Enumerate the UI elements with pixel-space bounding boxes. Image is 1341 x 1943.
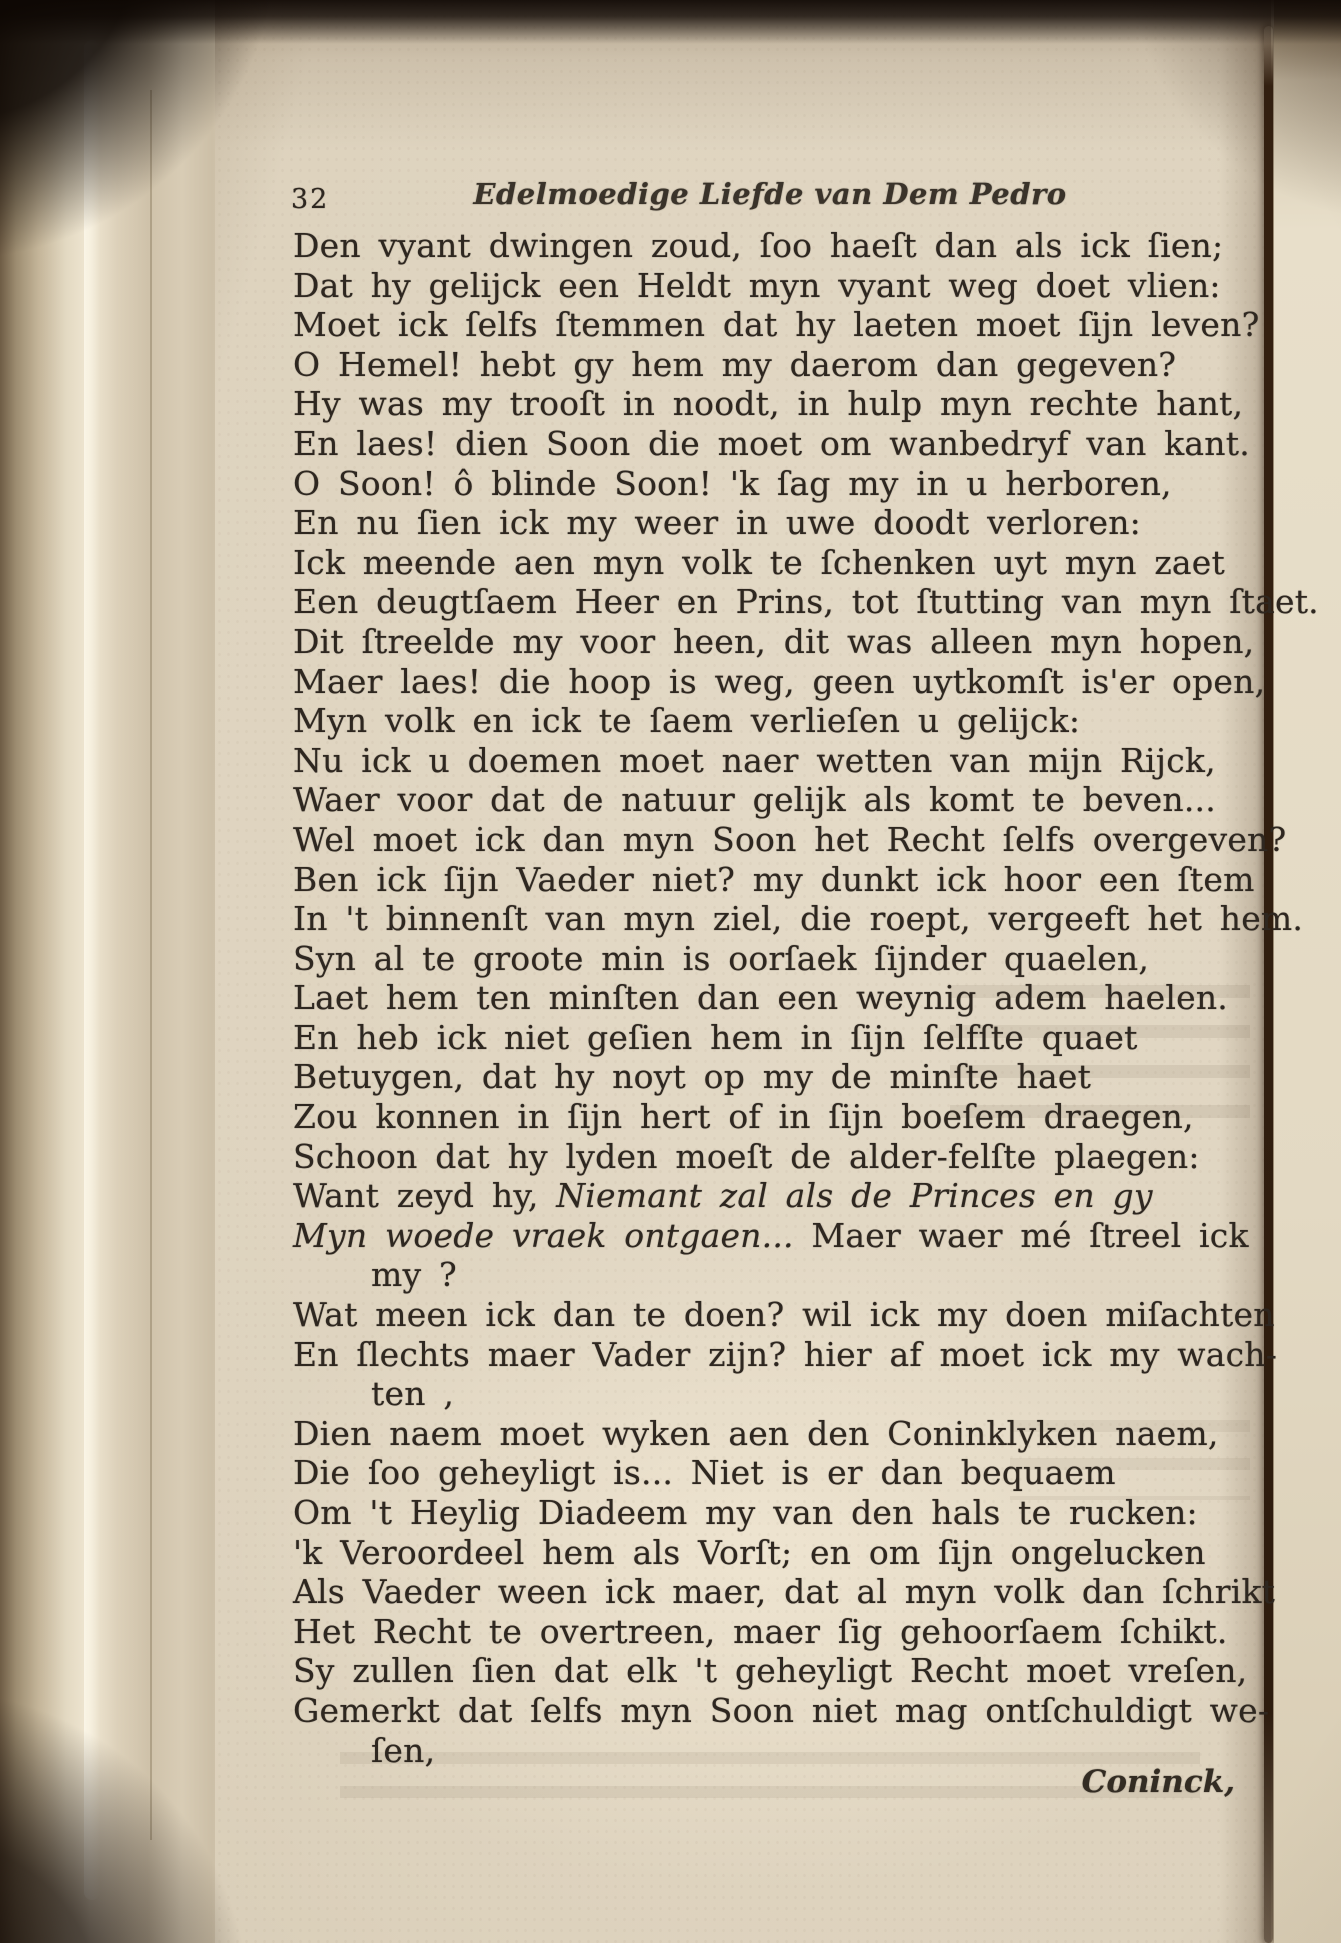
poem-line: Dien naem moet wyken aen den Coninklyken… xyxy=(293,1414,1253,1454)
poem-line: Syn al te groote min is oorſaek ſijnder … xyxy=(293,939,1253,979)
poem-line: Dit ſtreelde my voor heen, dit was allee… xyxy=(293,622,1253,662)
poem: Den vyant dwingen zoud, ſoo haeſt dan al… xyxy=(293,226,1253,1770)
poem-line: Gemerkt dat ſelfs myn Soon niet mag ontſ… xyxy=(293,1691,1253,1731)
poem-line: Dat hy gelijck een Heldt myn vyant weg d… xyxy=(293,266,1253,306)
poem-line: Myn volk en ick te ſaem verlieſen u geli… xyxy=(293,701,1253,741)
poem-line: En nu ſien ick my weer in uwe doodt verl… xyxy=(293,503,1253,543)
poem-line: Moet ick ſelfs ſtemmen dat hy laeten moe… xyxy=(293,305,1253,345)
poem-line: Hy was my trooſt in noodt, in hulp myn r… xyxy=(293,384,1253,424)
poem-line: In 't binnenſt van myn ziel, die roept, … xyxy=(293,899,1253,939)
poem-line: En ſlechts maer Vader zijn? hier af moet… xyxy=(293,1335,1253,1375)
printed-text-layer: 32 Edelmoedige Liefde van Dem Pedro Den … xyxy=(0,0,1341,1943)
poem-line: Maer laes! die hoop is weg, geen uytkomſ… xyxy=(293,662,1253,702)
poem-line: Waer voor dat de natuur gelijk als komt … xyxy=(293,780,1253,820)
poem-line: Als Vaeder ween ick maer, dat al myn vol… xyxy=(293,1572,1253,1612)
poem-line: ten , xyxy=(293,1374,1253,1414)
poem-line: Nu ick u doemen moet naer wetten van mij… xyxy=(293,741,1253,781)
poem-line: O Soon! ô blinde Soon! 'k ſag my in u he… xyxy=(293,464,1253,504)
poem-line: Die ſoo geheyligt is... Niet is er dan b… xyxy=(293,1453,1253,1493)
book-photo: 32 Edelmoedige Liefde van Dem Pedro Den … xyxy=(0,0,1341,1943)
poem-line: En laes! dien Soon die moet om wanbedryf… xyxy=(293,424,1253,464)
poem-line: Want zeyd hy, Niemant zal als de Princes… xyxy=(293,1176,1253,1216)
poem-line: Betuygen, dat hy noyt op my de minſte ha… xyxy=(293,1057,1253,1097)
poem-line: O Hemel! hebt gy hem my daerom dan gegev… xyxy=(293,345,1253,385)
poem-line: 'k Veroordeel hem als Vorſt; en om ſijn … xyxy=(293,1533,1253,1573)
poem-line: Ick meende aen myn volk te ſchenken uyt … xyxy=(293,543,1253,583)
poem-line: Schoon dat hy lyden moeſt de alder-felſt… xyxy=(293,1137,1253,1177)
poem-line: En heb ick niet geſien hem in ſijn ſelfſ… xyxy=(293,1018,1253,1058)
poem-line: Zou konnen in ſijn hert of in ſijn boeſe… xyxy=(293,1097,1253,1137)
poem-line: Laet hem ten minſten dan een weynig adem… xyxy=(293,978,1253,1018)
poem-line: Een deugtſaem Heer en Prins, tot ſtuttin… xyxy=(293,582,1253,622)
poem-line: Den vyant dwingen zoud, ſoo haeſt dan al… xyxy=(293,226,1253,266)
poem-line: Myn woede vraek ontgaen... Maer waer mé … xyxy=(293,1216,1253,1256)
poem-line: Het Recht te overtreen, maer ſig gehoorſ… xyxy=(293,1612,1253,1652)
running-header: Edelmoedige Liefde van Dem Pedro xyxy=(300,177,1240,211)
poem-line: Sy zullen ſien dat elk 't geheyligt Rech… xyxy=(293,1651,1253,1691)
poem-line: Wel moet ick dan myn Soon het Recht ſelf… xyxy=(293,820,1253,860)
poem-line: Om 't Heylig Diadeem my van den hals te … xyxy=(293,1493,1253,1533)
poem-line: Ben ick ſijn Vaeder niet? my dunkt ick h… xyxy=(293,860,1253,900)
catchword: Coninck, xyxy=(293,1764,1235,1800)
poem-line: my ? xyxy=(293,1255,1253,1295)
poem-line: Wat meen ick dan te doen? wil ick my doe… xyxy=(293,1295,1253,1335)
